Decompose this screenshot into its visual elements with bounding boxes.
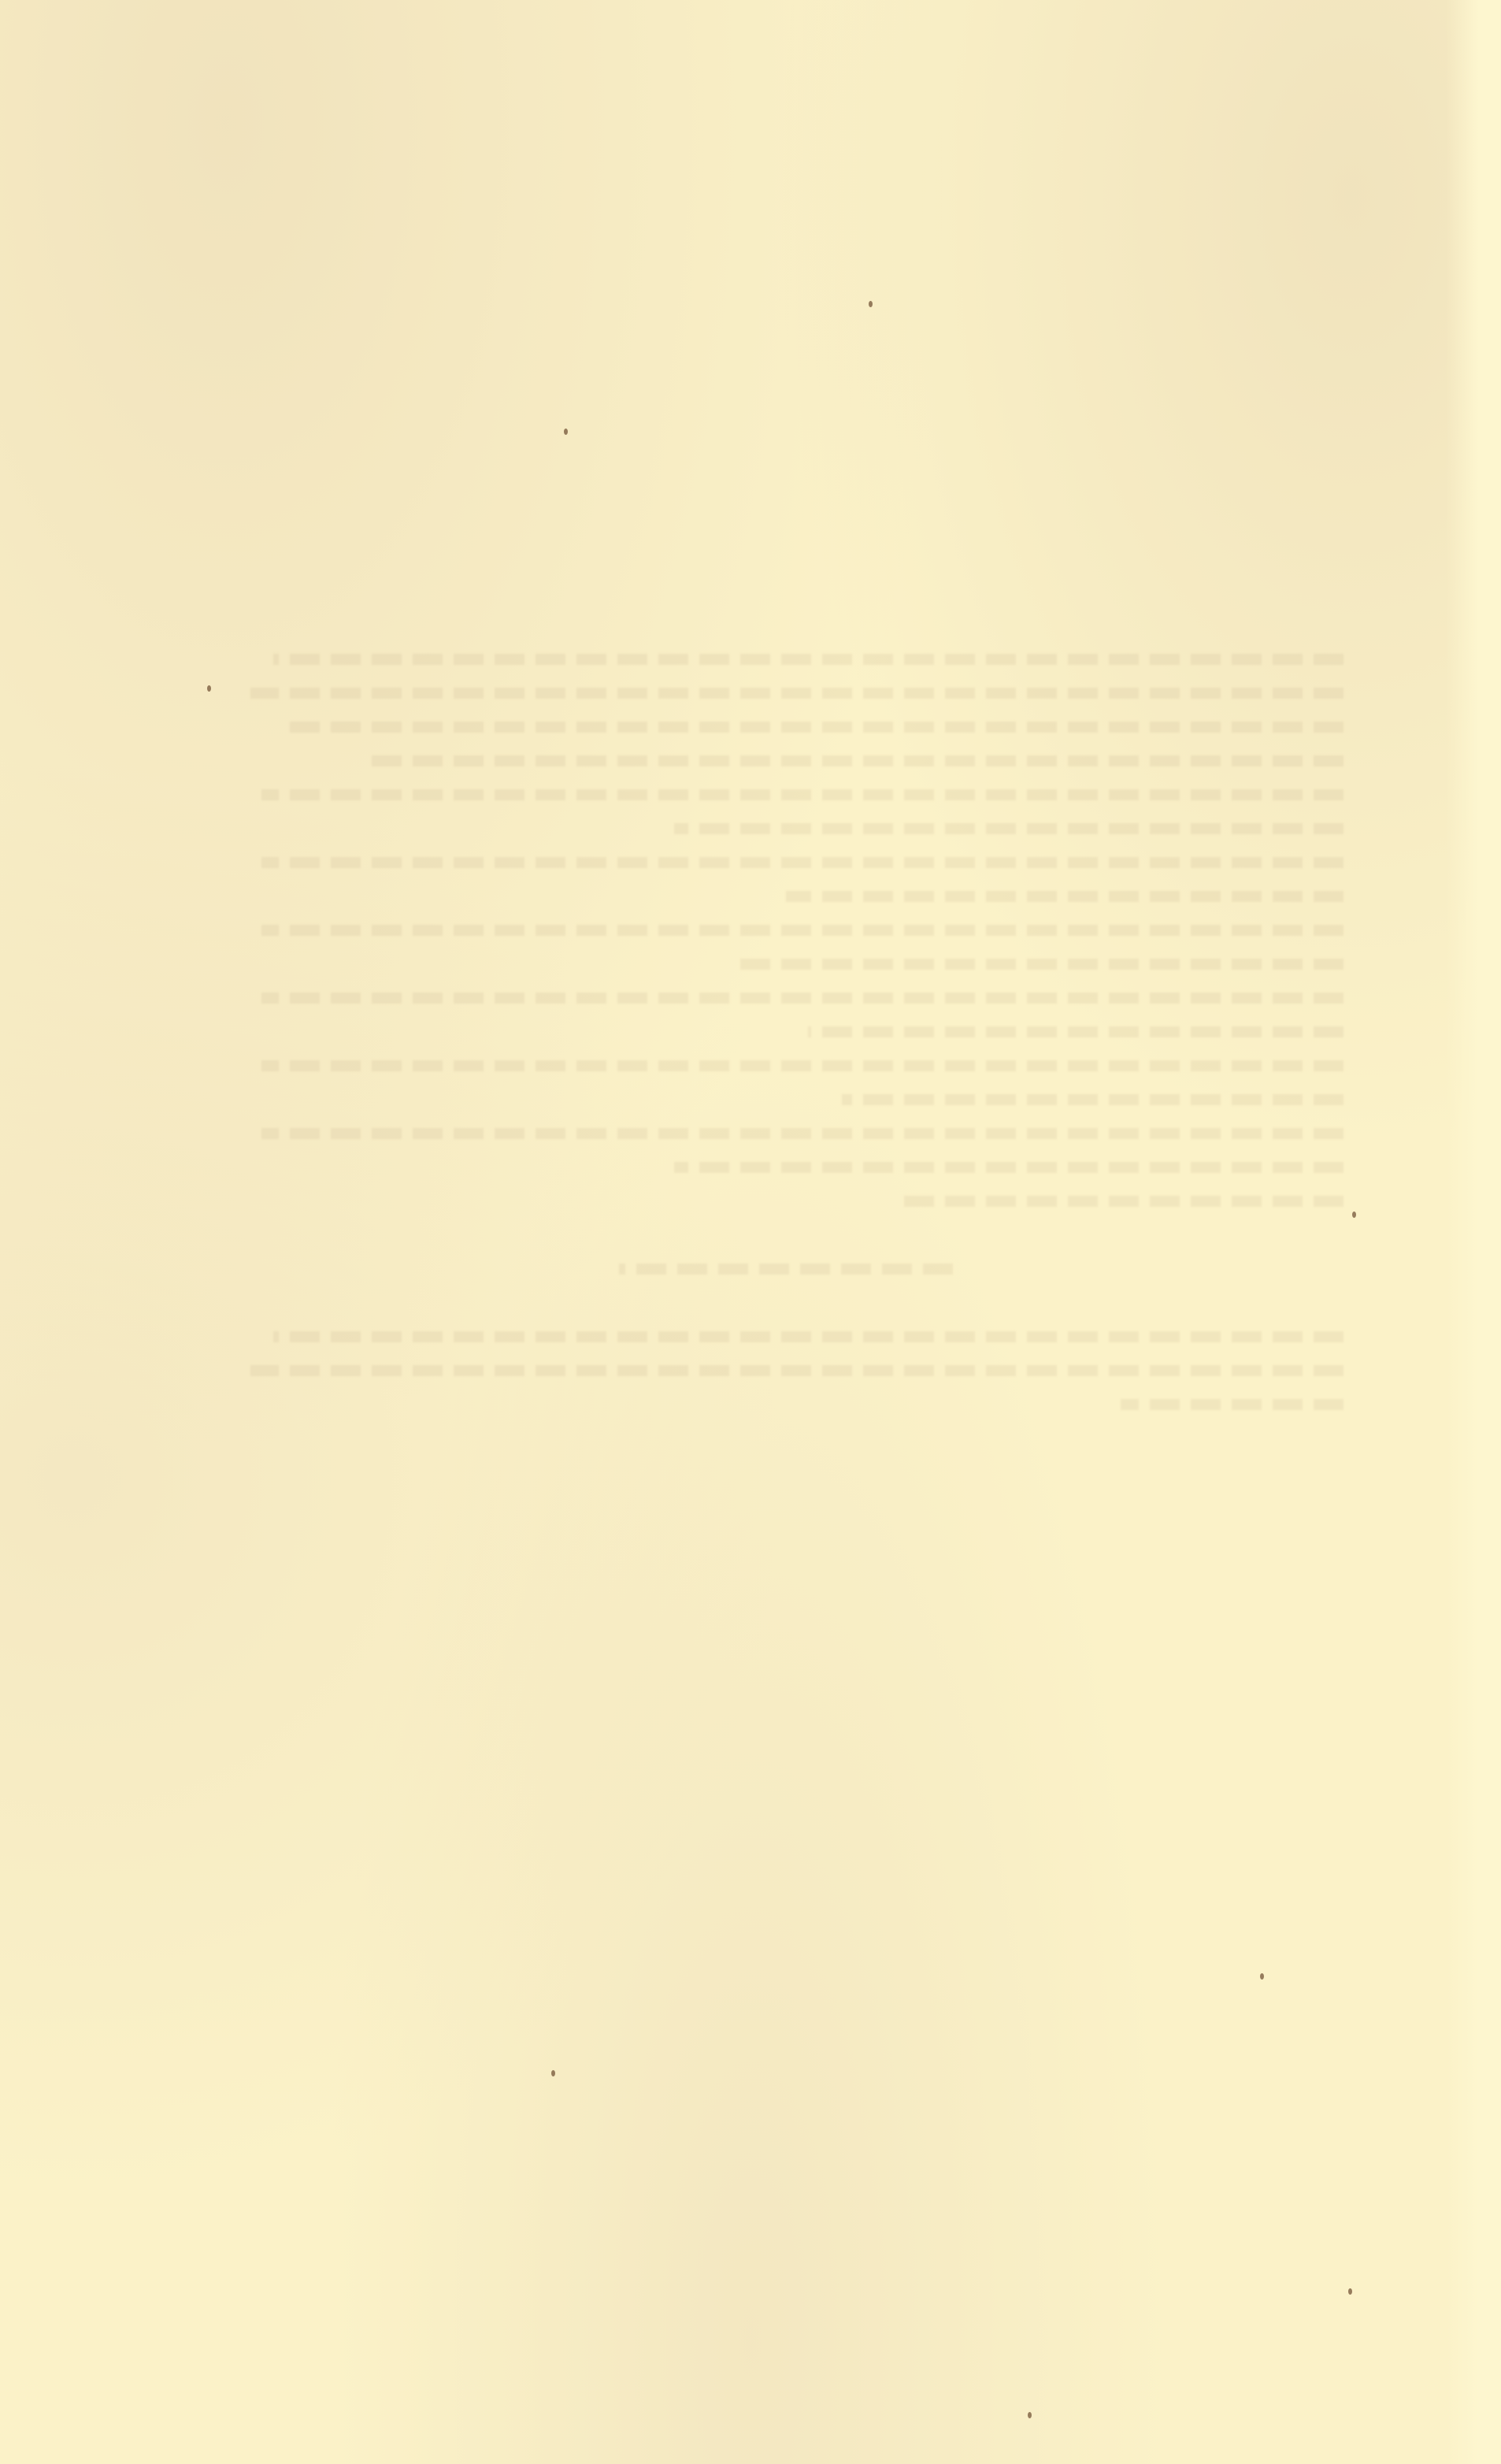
paper-speck [564,429,568,435]
paper-speck [551,2070,555,2076]
paper-speck [869,301,873,307]
paper-speck [207,685,211,692]
book-page [0,0,1501,2464]
paper-speck [1348,2288,1352,2295]
paper-speck [1260,1973,1264,1980]
paper-speck [1028,2412,1032,2418]
page-edge [1446,0,1501,2464]
paper-speck [1352,1212,1356,1218]
show-through-text-block [228,654,1343,1433]
